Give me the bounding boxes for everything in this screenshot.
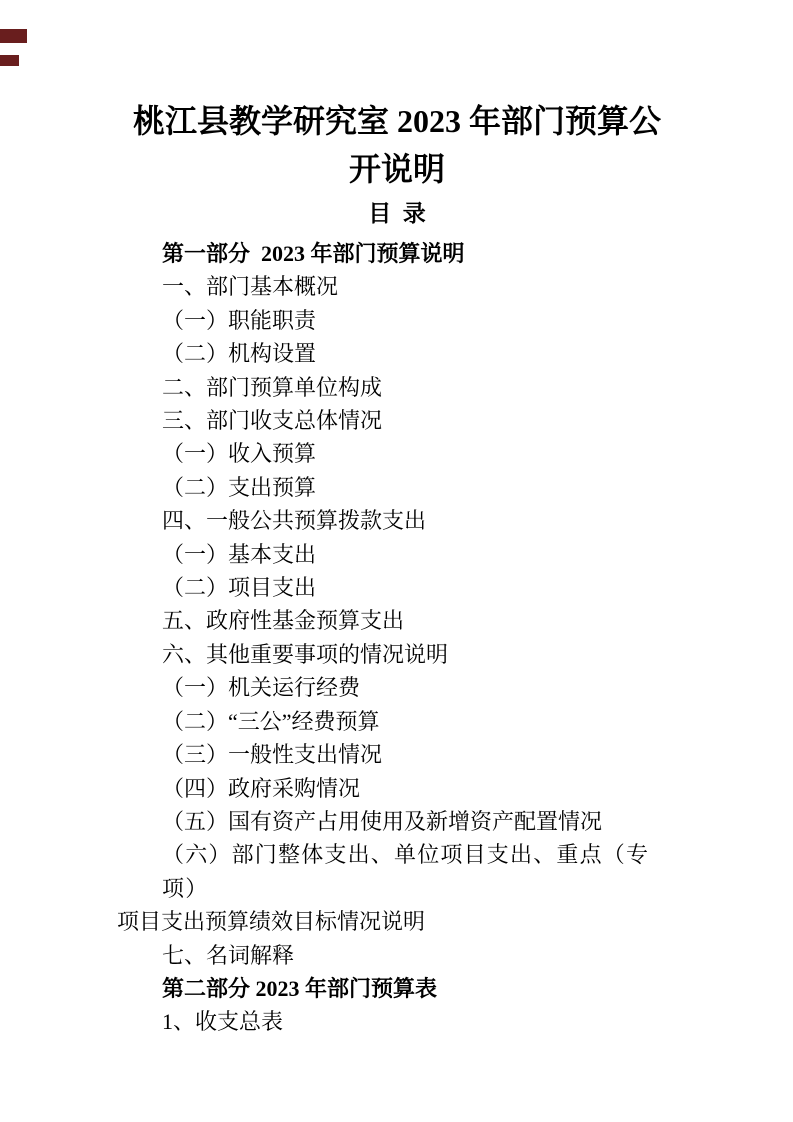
toc-item: 五、政府性基金预算支出 xyxy=(117,604,677,637)
toc-item: 二、部门预算单位构成 xyxy=(117,371,677,404)
toc-item: （一）基本支出 xyxy=(117,538,677,571)
toc-item: （一）职能职责 xyxy=(117,304,677,337)
toc-heading: 目 录 xyxy=(117,199,677,229)
toc-item: （二）项目支出 xyxy=(117,571,677,604)
toc-item: 1、收支总表 xyxy=(117,1005,677,1038)
toc-item: 三、部门收支总体情况 xyxy=(117,404,677,437)
document-content: 桃江县教学研究室 2023 年部门预算公 开说明 目 录 第一部分 2023 年… xyxy=(117,0,677,1039)
toc-item: （五）国有资产占用使用及新增资产配置情况 xyxy=(117,805,677,838)
document-page: 桃江县教学研究室 2023 年部门预算公 开说明 目 录 第一部分 2023 年… xyxy=(0,0,793,1122)
toc-item: 七、名词解释 xyxy=(117,939,677,972)
toc-item: 第一部分 2023 年部门预算说明 xyxy=(117,237,677,270)
toc-item: 第二部分 2023 年部门预算表 xyxy=(117,972,677,1005)
corner-mark-bottom xyxy=(0,55,19,66)
toc-item: （一）机关运行经费 xyxy=(117,671,677,704)
document-title: 桃江县教学研究室 2023 年部门预算公 开说明 xyxy=(117,0,677,193)
toc-item: （六）部门整体支出、单位项目支出、重点（专项） xyxy=(117,838,677,905)
toc-item: 一、部门基本概况 xyxy=(117,270,677,303)
toc-item: （二）“三公”经费预算 xyxy=(117,705,677,738)
toc-item: 四、一般公共预算拨款支出 xyxy=(117,504,677,537)
document-title-line-2: 开说明 xyxy=(117,145,677,193)
toc-item: 六、其他重要事项的情况说明 xyxy=(117,638,677,671)
toc-item: （二）支出预算 xyxy=(117,471,677,504)
toc-list: 第一部分 2023 年部门预算说明一、部门基本概况（一）职能职责（二）机构设置二… xyxy=(117,237,677,1039)
toc-item: （三）一般性支出情况 xyxy=(117,738,677,771)
toc-item: （二）机构设置 xyxy=(117,337,677,370)
corner-mark-top xyxy=(0,29,27,43)
toc-item: （一）收入预算 xyxy=(117,437,677,470)
toc-item: 项目支出预算绩效目标情况说明 xyxy=(117,905,677,938)
toc-item: （四）政府采购情况 xyxy=(117,772,677,805)
document-title-line-1: 桃江县教学研究室 2023 年部门预算公 xyxy=(117,97,677,145)
